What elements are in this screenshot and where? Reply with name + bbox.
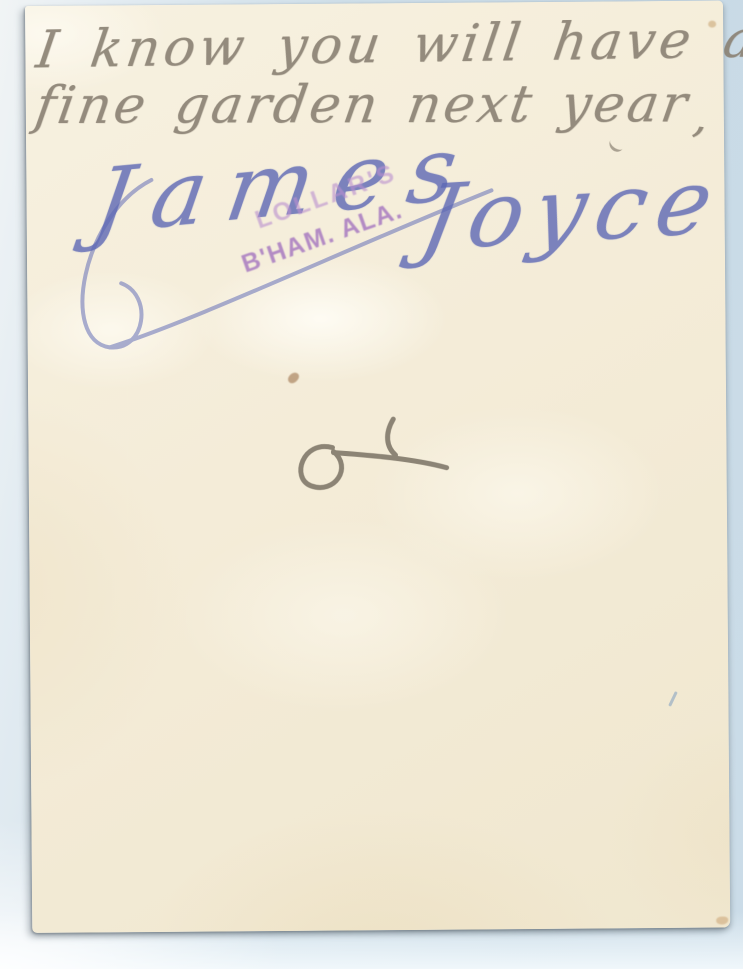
pencil-squiggle-mark	[286, 400, 477, 501]
signature-last-name: Joyce	[413, 149, 731, 272]
corner-stain-speck	[708, 21, 716, 28]
photo-paper: I know you will have a fine garden next …	[25, 1, 730, 933]
corner-chip	[716, 917, 728, 925]
pencil-stray-dash	[607, 134, 627, 154]
pencil-note-punctuation: ,	[690, 88, 712, 143]
pencil-note-line1: I know you will have a	[33, 10, 743, 81]
scanner-background: I know you will have a fine garden next …	[0, 0, 743, 969]
ink-fleck	[668, 691, 678, 707]
